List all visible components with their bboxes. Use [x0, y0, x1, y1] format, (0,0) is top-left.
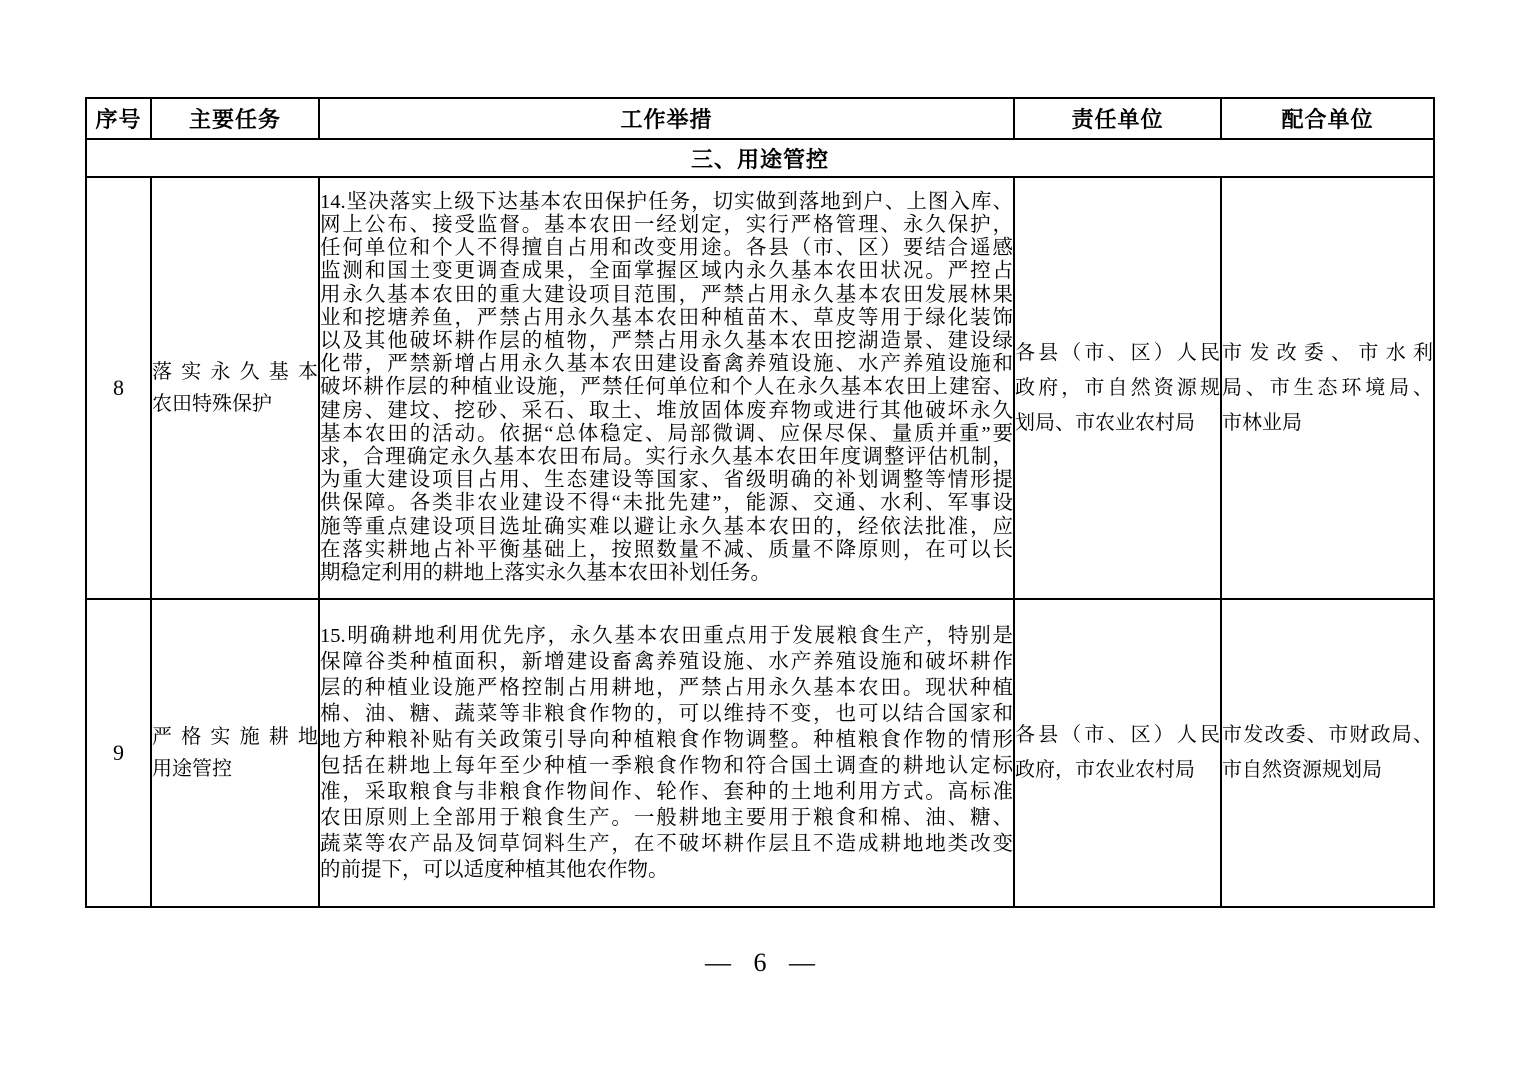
col-header-responsible-unit: 责任单位	[1014, 98, 1221, 139]
main-task-text: 严格实施耕地用途管控	[152, 721, 318, 785]
work-measures-text: 15.明确耕地利用优先序，永久基本农田重点用于发展粮食生产，特别是保障谷类种植面…	[320, 623, 1013, 883]
col-header-work-measures: 工作举措	[319, 98, 1014, 139]
table-header-row: 序号 主要任务 工作举措 责任单位 配合单位	[86, 98, 1434, 139]
col-header-cooperating-unit: 配合单位	[1221, 98, 1434, 139]
section-row-use-control: 三、用途管控	[86, 139, 1434, 177]
main-task-cell: 严格实施耕地用途管控	[151, 599, 319, 907]
row-index: 8	[86, 177, 151, 599]
col-header-index: 序号	[86, 98, 151, 139]
cooperating-unit-text: 市发改委、市水利局、市生态环境局、市林业局	[1222, 336, 1433, 441]
table-row: 9 严格实施耕地用途管控 15.明确耕地利用优先序，永久基本农田重点用于发展粮食…	[86, 599, 1434, 907]
work-measures-text: 14.坚决落实上级下达基本农田保护任务，切实做到落地到户、上图入库、网上公布、接…	[320, 191, 1013, 585]
responsible-unit-text: 各县（市、区）人民政府，市农业农村局	[1015, 718, 1220, 788]
document-page: 序号 主要任务 工作举措 责任单位 配合单位 三、用途管控 8 落实永久基本农田…	[0, 0, 1520, 1074]
row-index: 9	[86, 599, 151, 907]
page-number: — 6 —	[0, 948, 1520, 978]
task-table: 序号 主要任务 工作举措 责任单位 配合单位 三、用途管控 8 落实永久基本农田…	[85, 97, 1435, 908]
cooperating-unit-cell: 市发改委、市财政局、市自然资源规划局	[1221, 599, 1434, 907]
responsible-unit-cell: 各县（市、区）人民政府，市自然资源规划局、市农业农村局	[1014, 177, 1221, 599]
main-task-cell: 落实永久基本农田特殊保护	[151, 177, 319, 599]
responsible-unit-text: 各县（市、区）人民政府，市自然资源规划局、市农业农村局	[1015, 336, 1220, 441]
responsible-unit-cell: 各县（市、区）人民政府，市农业农村局	[1014, 599, 1221, 907]
main-task-text: 落实永久基本农田特殊保护	[152, 356, 318, 420]
table-row: 8 落实永久基本农田特殊保护 14.坚决落实上级下达基本农田保护任务，切实做到落…	[86, 177, 1434, 599]
work-measures-cell: 15.明确耕地利用优先序，永久基本农田重点用于发展粮食生产，特别是保障谷类种植面…	[319, 599, 1014, 907]
work-measures-cell: 14.坚决落实上级下达基本农田保护任务，切实做到落地到户、上图入库、网上公布、接…	[319, 177, 1014, 599]
col-header-main-task: 主要任务	[151, 98, 319, 139]
section-title: 三、用途管控	[86, 139, 1434, 177]
cooperating-unit-cell: 市发改委、市水利局、市生态环境局、市林业局	[1221, 177, 1434, 599]
cooperating-unit-text: 市发改委、市财政局、市自然资源规划局	[1222, 718, 1433, 788]
